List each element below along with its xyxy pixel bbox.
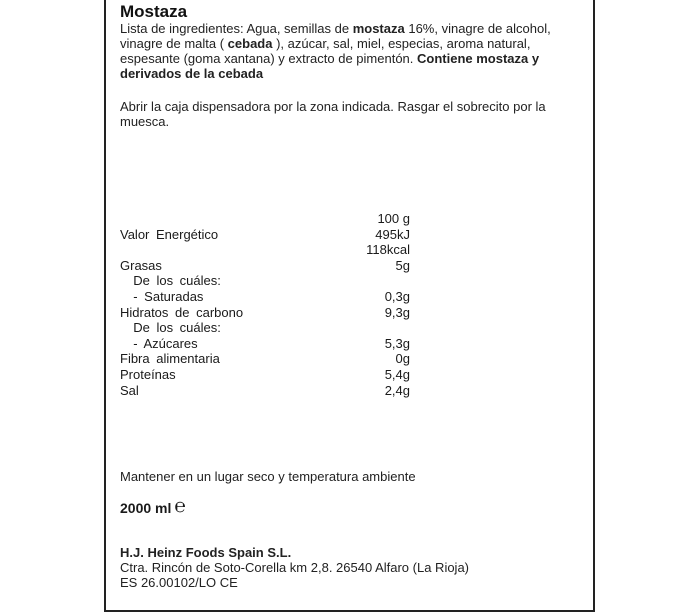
- nutrition-label: Sal: [120, 383, 320, 399]
- company-address: Ctra. Rincón de Soto-Corella km 2,8. 265…: [120, 560, 469, 575]
- nutrition-row: Valor Energético495kJ: [120, 227, 410, 243]
- nutrition-row: - Saturadas0,3g: [120, 289, 410, 305]
- nutrition-value: 5,4g: [320, 367, 410, 383]
- nutrition-row: De los cuáles:: [120, 273, 410, 289]
- nutrition-label: - Azúcares: [120, 336, 320, 352]
- nutrition-row: - Azúcares5,3g: [120, 336, 410, 352]
- nutrition-row: Proteínas5,4g: [120, 367, 410, 383]
- nutrition-row: Grasas5g: [120, 258, 410, 274]
- nutrition-label: Hidratos de carbono: [120, 305, 320, 321]
- allergen-barley: cebada: [228, 36, 273, 51]
- opening-instructions: Abrir la caja dispensadora por la zona i…: [120, 99, 580, 129]
- company-name: H.J. Heinz Foods Spain S.L.: [120, 545, 469, 560]
- nutrition-value: 5,3g: [320, 336, 410, 352]
- nutrition-label: [120, 211, 320, 227]
- nutrition-table: 100 gValor Energético495kJ118kcalGrasas5…: [120, 211, 410, 398]
- nutrition-label: Fibra alimentaria: [120, 351, 320, 367]
- product-title: Mostaza: [120, 2, 187, 22]
- nutrition-row: 118kcal: [120, 242, 410, 258]
- nutrition-label: [120, 242, 320, 258]
- nutrition-row: Fibra alimentaria0g: [120, 351, 410, 367]
- estimated-sign-icon: ℮: [174, 500, 185, 514]
- nutrition-label: Proteínas: [120, 367, 320, 383]
- nutrition-row: Hidratos de carbono9,3g: [120, 305, 410, 321]
- nutrition-value: 9,3g: [320, 305, 410, 321]
- nutrition-label: - Saturadas: [120, 289, 320, 305]
- company-info: H.J. Heinz Foods Spain S.L. Ctra. Rincón…: [120, 545, 469, 590]
- nutrition-label: Grasas: [120, 258, 320, 274]
- nutrition-label: De los cuáles:: [120, 320, 320, 336]
- net-quantity-value: 2000 ml: [120, 500, 171, 516]
- nutrition-value: [320, 320, 410, 336]
- nutrition-value: 100 g: [320, 211, 410, 227]
- nutrition-label: Valor Energético: [120, 227, 320, 243]
- product-label: Mostaza Lista de ingredientes: Agua, sem…: [104, 0, 595, 612]
- ingredients-text: Lista de ingredientes: Agua, semillas de: [120, 21, 353, 36]
- ingredients-list: Lista de ingredientes: Agua, semillas de…: [120, 21, 580, 81]
- nutrition-row: 100 g: [120, 211, 410, 227]
- nutrition-row: De los cuáles:: [120, 320, 410, 336]
- allergen-mustard: mostaza: [353, 21, 405, 36]
- nutrition-value: 0g: [320, 351, 410, 367]
- company-registry: ES 26.00102/LO CE: [120, 575, 469, 590]
- nutrition-label: De los cuáles:: [120, 273, 320, 289]
- nutrition-value: [320, 273, 410, 289]
- nutrition-value: 5g: [320, 258, 410, 274]
- nutrition-value: 118kcal: [320, 242, 410, 258]
- nutrition-value: 2,4g: [320, 383, 410, 399]
- nutrition-value: 0,3g: [320, 289, 410, 305]
- net-quantity: 2000 ml ℮: [120, 500, 186, 516]
- nutrition-row: Sal2,4g: [120, 383, 410, 399]
- nutrition-value: 495kJ: [320, 227, 410, 243]
- storage-instructions: Mantener en un lugar seco y temperatura …: [120, 469, 416, 484]
